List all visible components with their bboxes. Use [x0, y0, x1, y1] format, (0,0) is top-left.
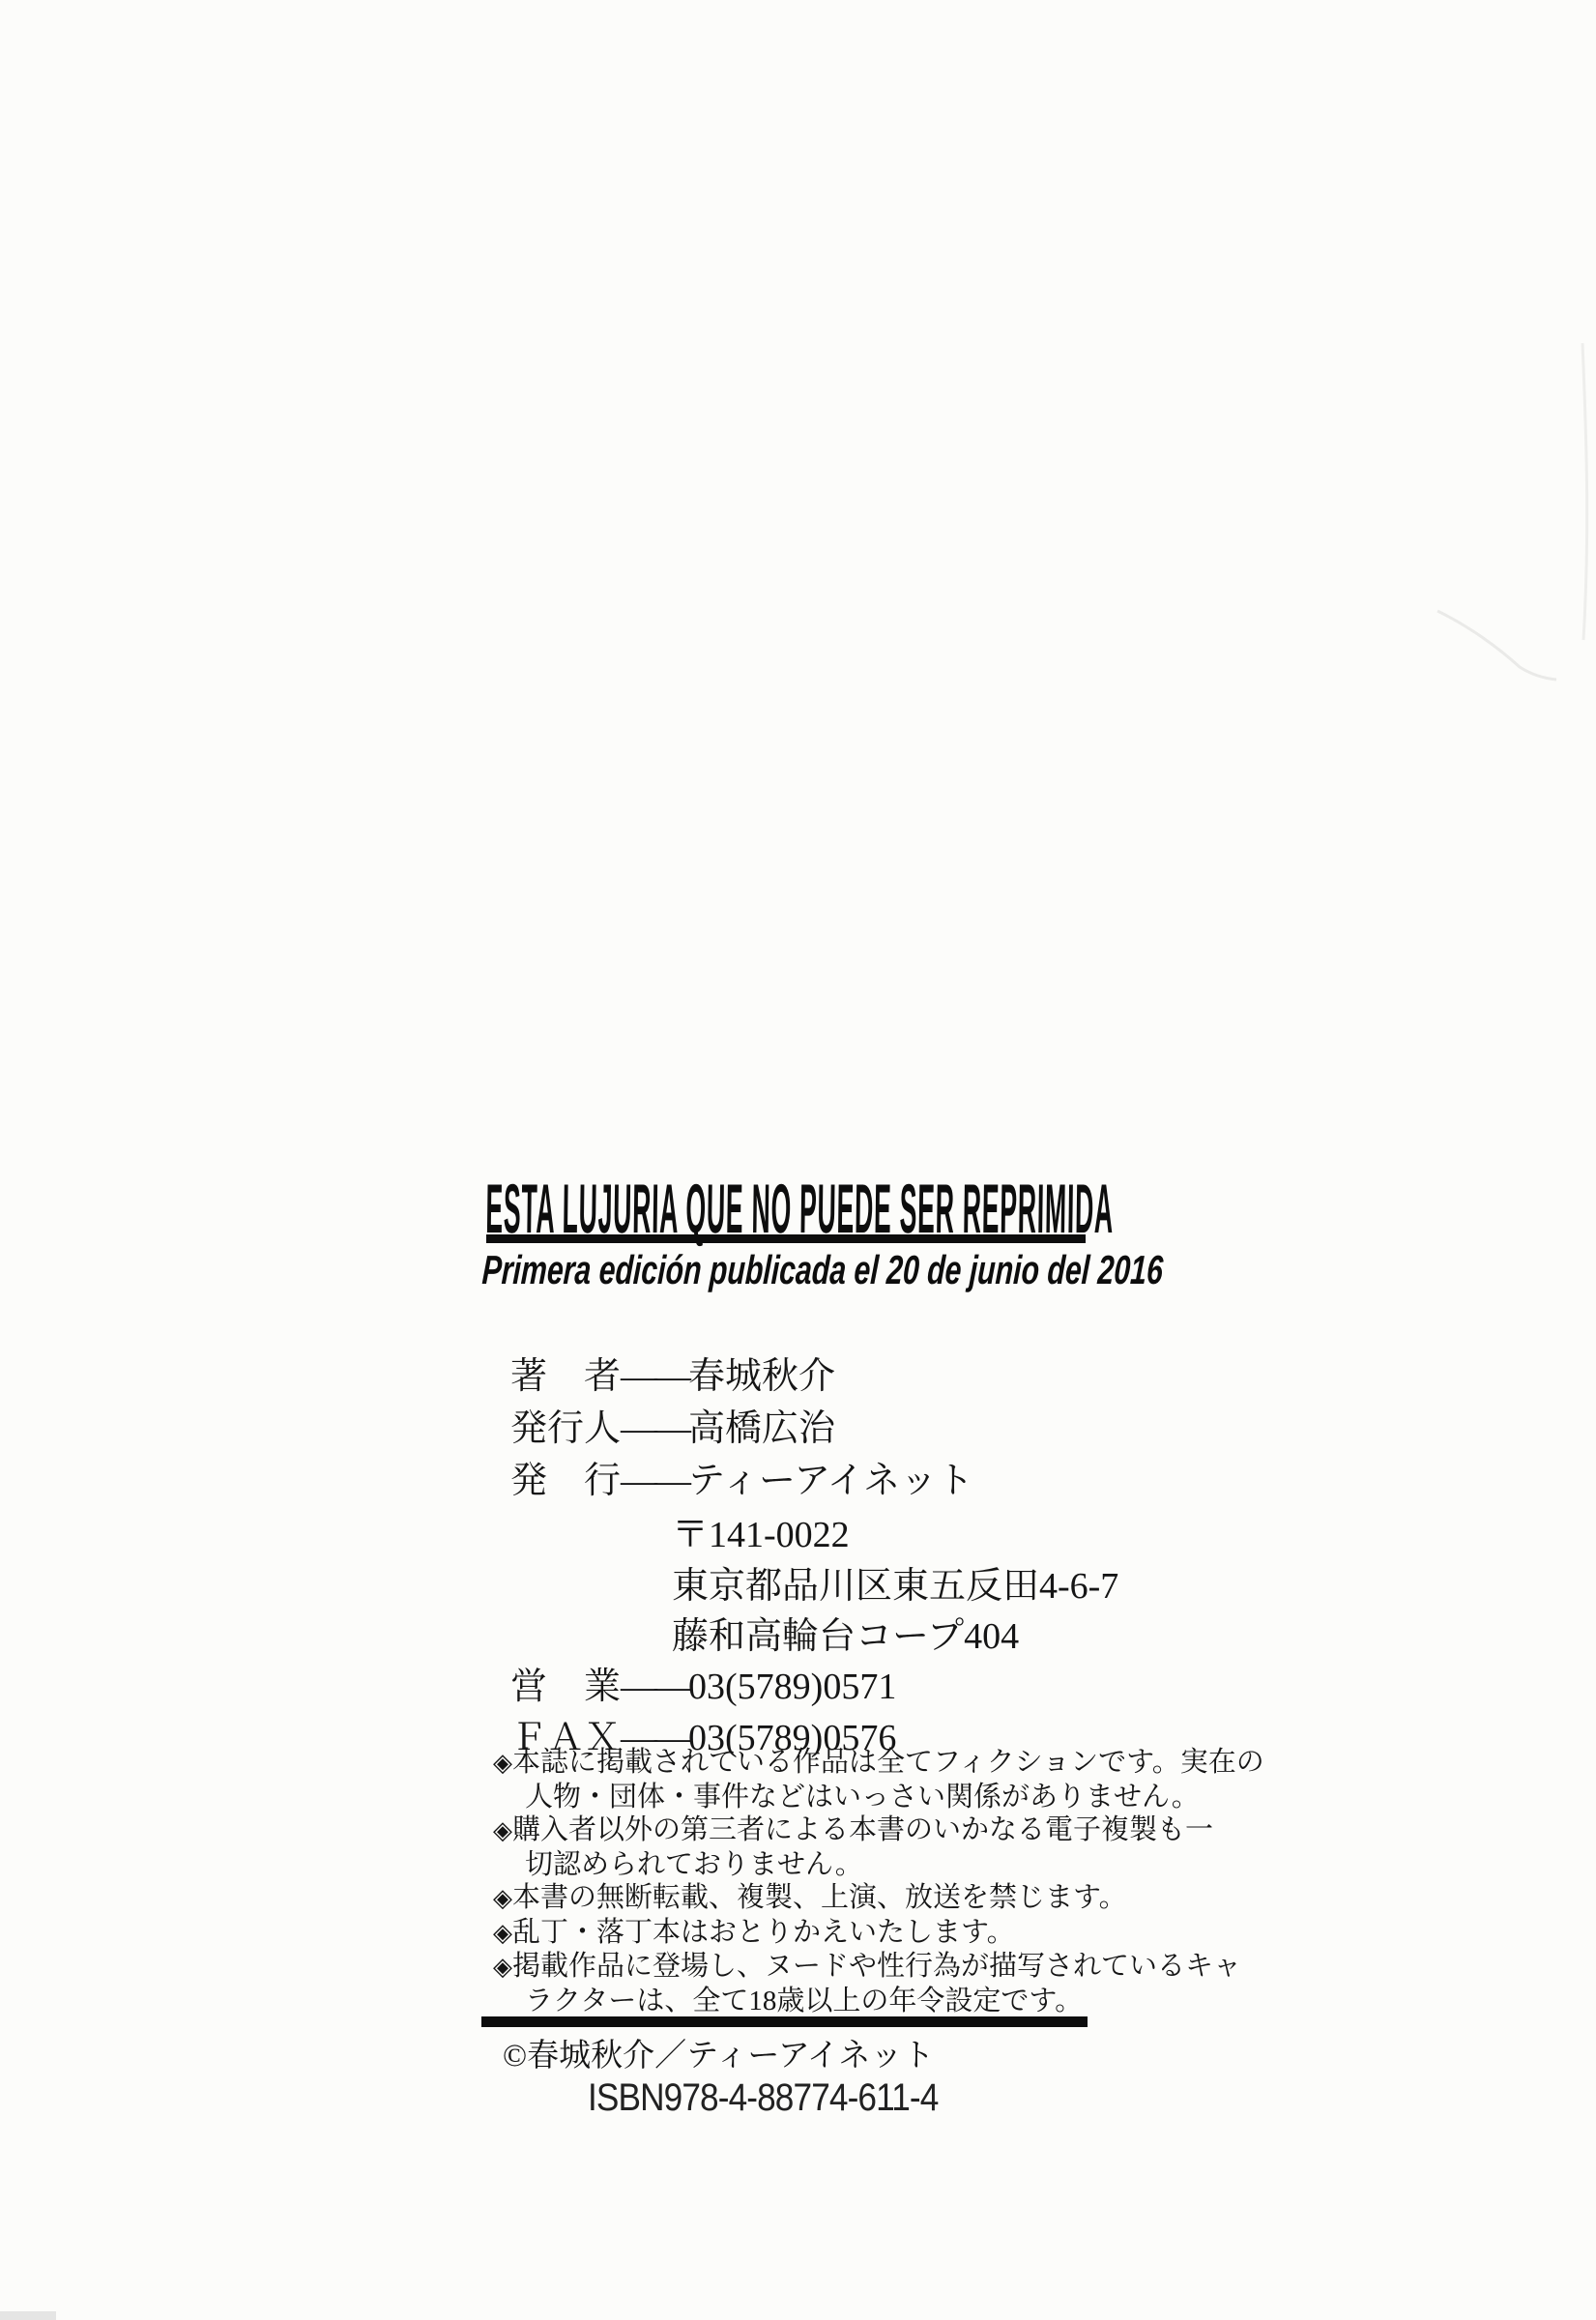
contact-value: 03(5789)0571 — [688, 1667, 896, 1707]
credit-value: 高橋広治 — [688, 1408, 835, 1449]
credit-row-publisher-person: 発行人——高橋広治 — [510, 1398, 835, 1451]
footer-divider-rule — [481, 2016, 1088, 2027]
notice-text: 掲載作品に登場し、ヌードや性行為が描写されているキャ — [512, 1951, 1241, 1982]
notice-item: ◈本書の無断転載、複製、上演、放送を禁じます。 — [493, 1881, 1264, 1916]
credit-row-publisher-company: 発 行——ティーアイネット — [510, 1450, 973, 1503]
title-divider-rule — [486, 1234, 1086, 1243]
diamond-marker-icon: ◈ — [493, 1884, 512, 1913]
postal-code-line: 〒141-0022 — [672, 1504, 850, 1557]
colophon-page: ESTA LUJURIA QUE NO PUEDE SER REPRIMIDA … — [0, 0, 1596, 2320]
scan-smudge-artifact — [0, 2311, 56, 2320]
notice-item-continuation: 人物・団体・事件などはいっさい関係がありません。 — [493, 1781, 1264, 1814]
credit-label: 著 者 — [510, 1356, 621, 1397]
credit-label: 発行人 — [510, 1408, 621, 1449]
credit-value: 春城秋介 — [688, 1356, 835, 1397]
notice-item: ◈本誌に掲載されている作品は全てフィクションです。実在の — [493, 1746, 1264, 1781]
credit-separator: —— — [621, 1356, 688, 1397]
notice-item: ◈掲載作品に登場し、ヌードや性行為が描写されているキャ — [493, 1950, 1264, 1985]
address-line-street: 東京都品川区東五反田4-6-7 — [672, 1555, 1118, 1609]
notice-text: 本誌に掲載されている作品は全てフィクションです。実在の — [512, 1747, 1264, 1778]
notice-text: 本書の無断転載、複製、上演、放送を禁じます。 — [512, 1882, 1127, 1913]
credit-separator: —— — [621, 1461, 688, 1501]
credit-separator: —— — [621, 1408, 688, 1449]
edition-subtitle: Primera edición publicada el 20 de junio… — [481, 1247, 1165, 1293]
notice-item: ◈購入者以外の第三者による本書のいかなる電子複製も一 — [493, 1813, 1264, 1848]
notice-item-continuation: ラクターは、全て18歳以上の年令設定です。 — [493, 1985, 1264, 2018]
copyright-line: ©春城秋介／ティーアイネット — [503, 2030, 934, 2075]
diamond-marker-icon: ◈ — [493, 1816, 512, 1845]
contact-label: 営 業 — [510, 1667, 621, 1707]
diamond-marker-icon: ◈ — [493, 1953, 512, 1982]
address-line-building: 藤和高輪台コープ404 — [672, 1606, 1019, 1659]
notice-text: 乱丁・落丁本はおとりかえいたします。 — [512, 1917, 1015, 1948]
diamond-marker-icon: ◈ — [493, 1919, 512, 1948]
credit-label: 発 行 — [510, 1461, 621, 1501]
diamond-marker-icon: ◈ — [493, 1749, 512, 1778]
legal-notices: ◈本誌に掲載されている作品は全てフィクションです。実在の 人物・団体・事件などは… — [493, 1746, 1264, 2017]
credit-value: ティーアイネット — [688, 1461, 973, 1501]
notice-text: 購入者以外の第三者による本書のいかなる電子複製も一 — [512, 1814, 1213, 1845]
notice-item: ◈乱丁・落丁本はおとりかえいたします。 — [493, 1916, 1264, 1951]
credit-row-author: 著 者——春城秋介 — [510, 1346, 835, 1399]
isbn-number: ISBN978-4-88774-611-4 — [588, 2076, 938, 2120]
contact-row-sales: 営 業——03(5789)0571 — [510, 1656, 896, 1709]
notice-item-continuation: 切認められておりません。 — [493, 1848, 1264, 1882]
contact-separator: —— — [621, 1667, 688, 1707]
